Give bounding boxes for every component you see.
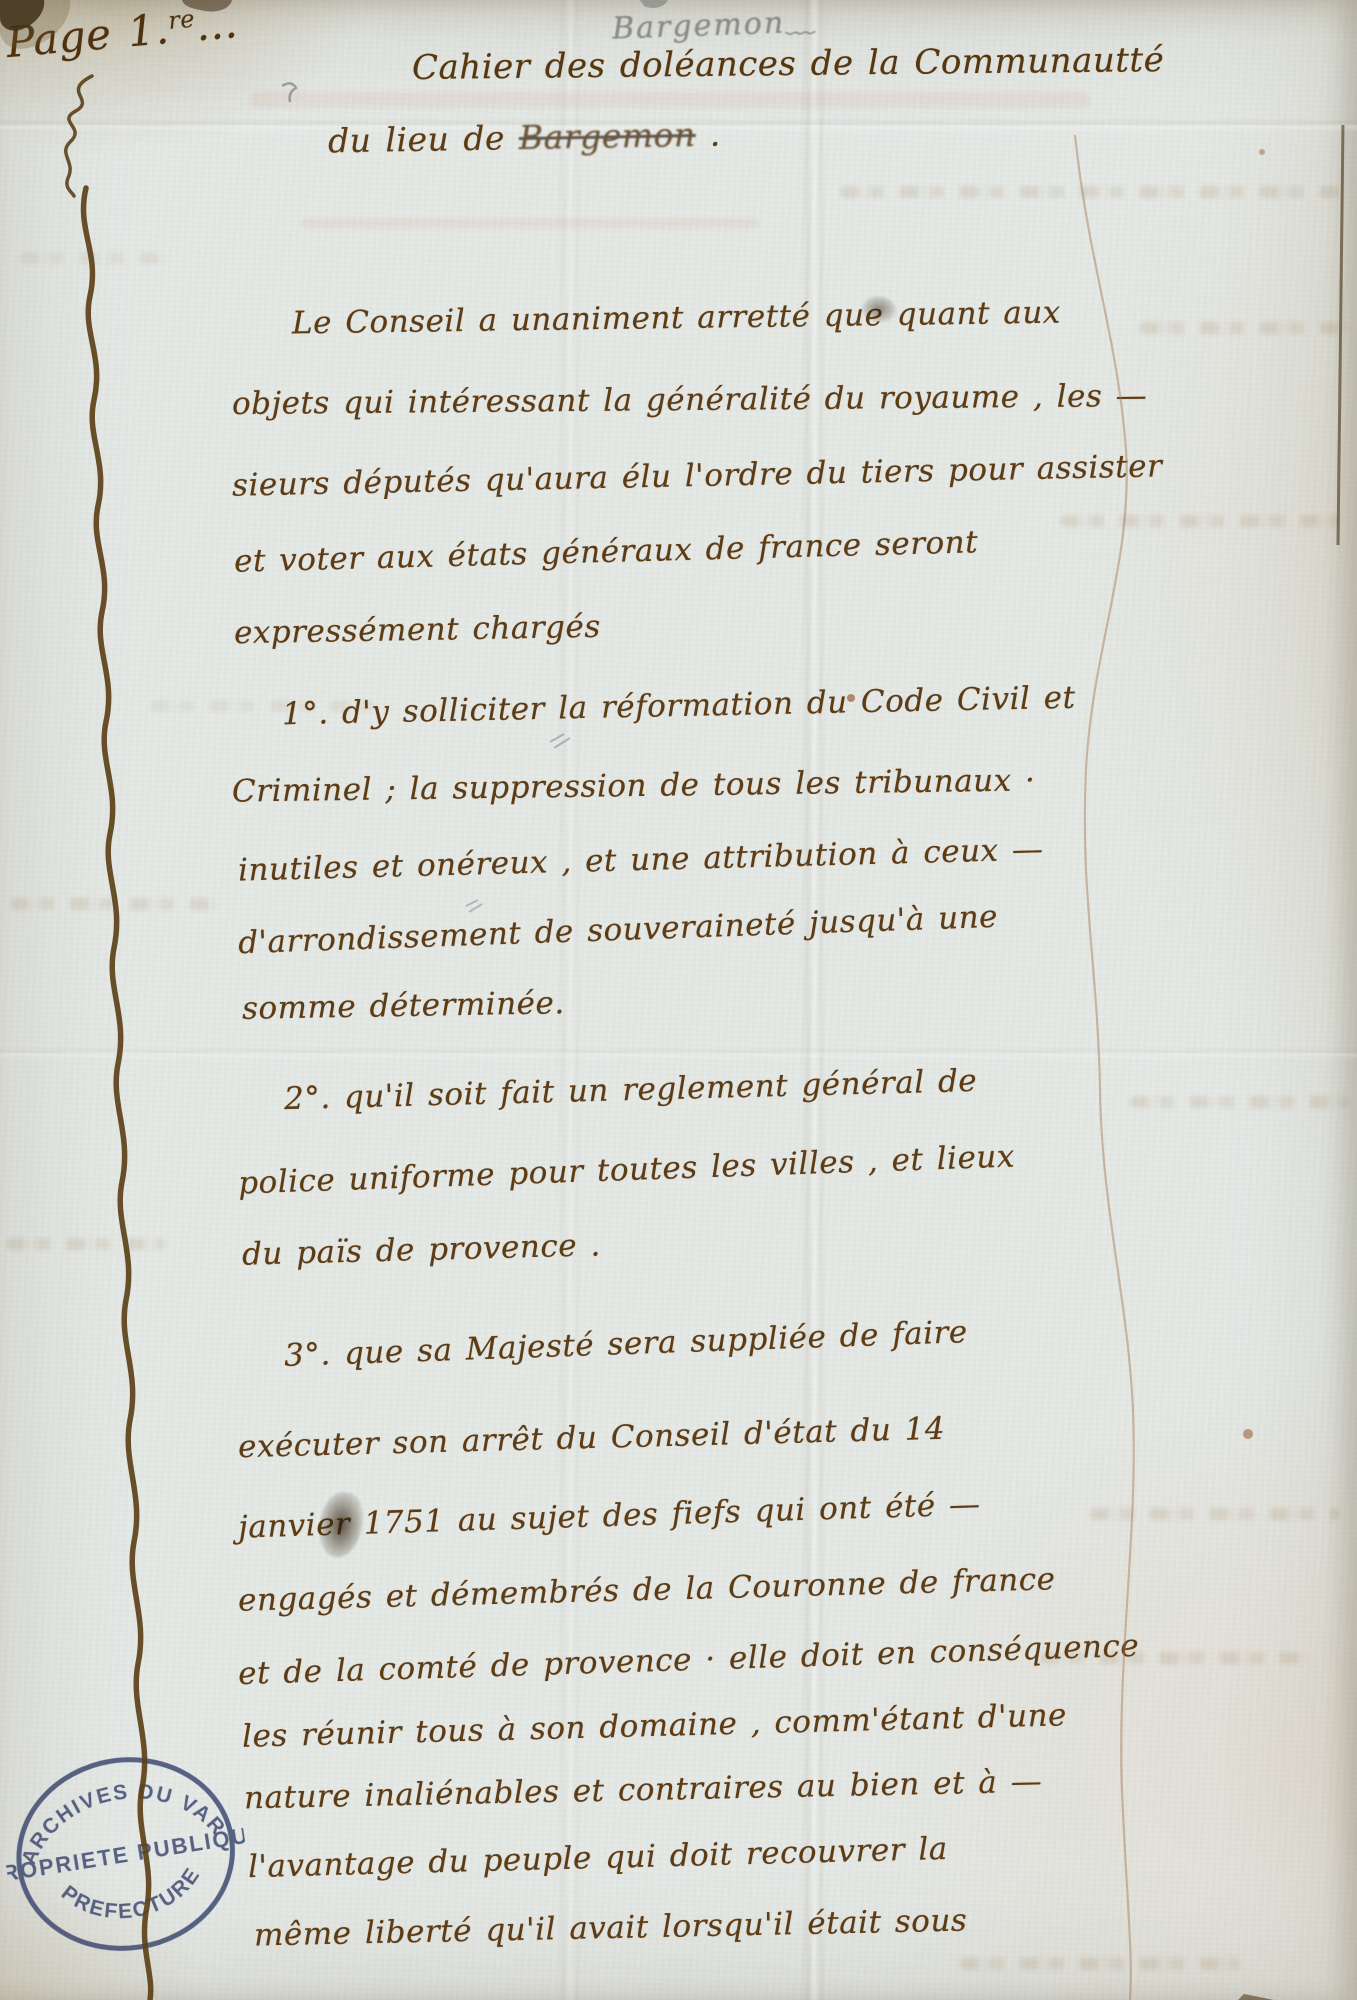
showthrough-smudge xyxy=(20,252,170,264)
horizontal-fold-crease xyxy=(0,118,1357,132)
showthrough-smudge xyxy=(1090,1508,1340,1520)
showthrough-smudge xyxy=(10,898,220,910)
vertical-fold-crease xyxy=(800,0,826,2000)
page-number-sup: re xyxy=(167,5,196,35)
manuscript-text-line: expressément chargés xyxy=(234,609,601,651)
manuscript-text-line: inutiles et onéreux , et une attribution… xyxy=(238,831,1044,888)
left-binding-wavy-line xyxy=(84,188,151,2000)
pencil-place-name: Bargemon xyxy=(612,6,786,47)
manuscript-text-line: les réunir tous à son domaine , comm'éta… xyxy=(242,1697,1068,1755)
manuscript-text-line: et de la comté de provence · elle doit e… xyxy=(238,1628,1140,1692)
manuscript-text-line: Le Conseil a unaniment arretté que quant… xyxy=(292,295,1061,342)
subtitle-end: . xyxy=(695,115,721,154)
ink-smudge xyxy=(862,296,896,322)
page-number: Page 1.re… xyxy=(4,0,240,67)
document-subtitle: du lieu de Bargemon . xyxy=(328,115,721,161)
page-number-dots: … xyxy=(193,0,240,50)
svg-text:PREFECTURE: PREFECTURE xyxy=(54,1860,210,1934)
rust-spot xyxy=(1243,1429,1253,1439)
archives-stamp-graphic: ARCHIVES DU VAR PROPRIETE PUBLIQUE PREFE… xyxy=(0,1719,263,1994)
pencil-mark xyxy=(550,734,570,748)
manuscript-page: Bargemon﹏ Page 1.re… Cahier des doléance… xyxy=(0,0,1357,2000)
page-number-main: Page 1. xyxy=(4,4,171,67)
manuscript-text-line: l'avantage du peuple qui doit recouvrer … xyxy=(248,1831,949,1885)
struck-place-name: Bargemon xyxy=(519,115,696,157)
horizontal-fold-crease xyxy=(0,1046,1357,1060)
pencil-mark xyxy=(282,83,296,102)
svg-text:ARCHIVES DU VAR: ARCHIVES DU VAR xyxy=(8,1765,233,1871)
manuscript-text-line: police uniforme pour toutes les villes ,… xyxy=(238,1138,1016,1201)
stamp-text-middle: PROPRIETE PUBLIQUE xyxy=(0,1820,263,1889)
showthrough-smudge xyxy=(1140,322,1350,334)
paper-texture-overlay xyxy=(0,0,1357,2000)
bottom-edge-stain xyxy=(1238,1994,1274,2000)
manuscript-text-line: objets qui intéressant la généralité du … xyxy=(232,378,1147,422)
manuscript-text-line: 3°. que sa Majesté sera suppliée de fair… xyxy=(284,1314,969,1374)
manuscript-text-line: et voter aux états généraux de france se… xyxy=(234,524,979,579)
stamp-border-oval xyxy=(5,1744,246,1963)
pencil-flourish: ﹏ xyxy=(785,4,818,40)
document-title: Cahier des doléances de la Communautté xyxy=(412,40,1165,88)
manuscript-text-line: d'arrondissement de souveraineté jusqu'à… xyxy=(238,899,999,962)
showthrough-smudge xyxy=(840,186,1340,198)
vertical-fold-crease xyxy=(556,0,582,2000)
stamp-text-top: ARCHIVES DU VAR xyxy=(8,1765,233,1871)
ink-correction-blot xyxy=(316,1490,366,1561)
page-number-flourish xyxy=(66,76,92,196)
manuscript-text-line: du païs de provence . xyxy=(242,1227,602,1272)
rust-spot xyxy=(1259,149,1265,155)
manuscript-text-line: 1°. d'y solliciter la réformation du Cod… xyxy=(282,680,1076,733)
manuscript-text-line: engagés et démembrés de la Couronne de f… xyxy=(238,1561,1056,1618)
manuscript-text-line: janvier 1751 au sujet des fiefs qui ont … xyxy=(238,1486,981,1545)
showthrough-smudge xyxy=(1060,515,1340,527)
pencil-place-annotation: Bargemon﹏ xyxy=(611,0,817,48)
manuscript-text-line: Criminel ; la suppression de tous les tr… xyxy=(232,762,1036,809)
manuscript-text-line: nature inaliénables et contraires au bie… xyxy=(244,1764,1043,1817)
manuscript-text-line: somme déterminée. xyxy=(242,985,565,1027)
showthrough-smudge xyxy=(6,1238,166,1250)
manuscript-text-line: sieurs députés qu'aura élu l'ordre du ti… xyxy=(232,448,1163,503)
manuscript-text-line: même liberté qu'il avait lorsqu'il était… xyxy=(254,1903,968,1954)
showthrough-smudge xyxy=(960,1958,1240,1970)
showthrough-smudge xyxy=(1040,1652,1310,1664)
archives-stamp: ARCHIVES DU VAR PROPRIETE PUBLIQUE PREFE… xyxy=(0,1719,263,1994)
page-edge-line xyxy=(1338,125,1343,545)
manuscript-text-line: 2°. qu'il soit fait un reglement général… xyxy=(284,1063,978,1117)
rust-spot xyxy=(847,694,855,702)
right-crease-line xyxy=(1075,135,1134,2000)
pencil-mark xyxy=(466,900,482,912)
manuscript-text-line: exécuter son arrêt du Conseil d'état du … xyxy=(238,1411,946,1465)
setoff-ink-band xyxy=(300,218,760,228)
showthrough-smudge xyxy=(1130,1096,1350,1108)
showthrough-smudge xyxy=(150,700,390,712)
corner-stain xyxy=(0,0,44,31)
top-edge-stain xyxy=(182,0,232,12)
setoff-ink-band xyxy=(250,92,1090,108)
corner-stain-halo xyxy=(0,0,70,49)
subtitle-prefix: du lieu de xyxy=(328,118,520,160)
stamp-text-bottom: PREFECTURE xyxy=(54,1860,210,1934)
top-edge-pencil-mark xyxy=(640,0,668,8)
